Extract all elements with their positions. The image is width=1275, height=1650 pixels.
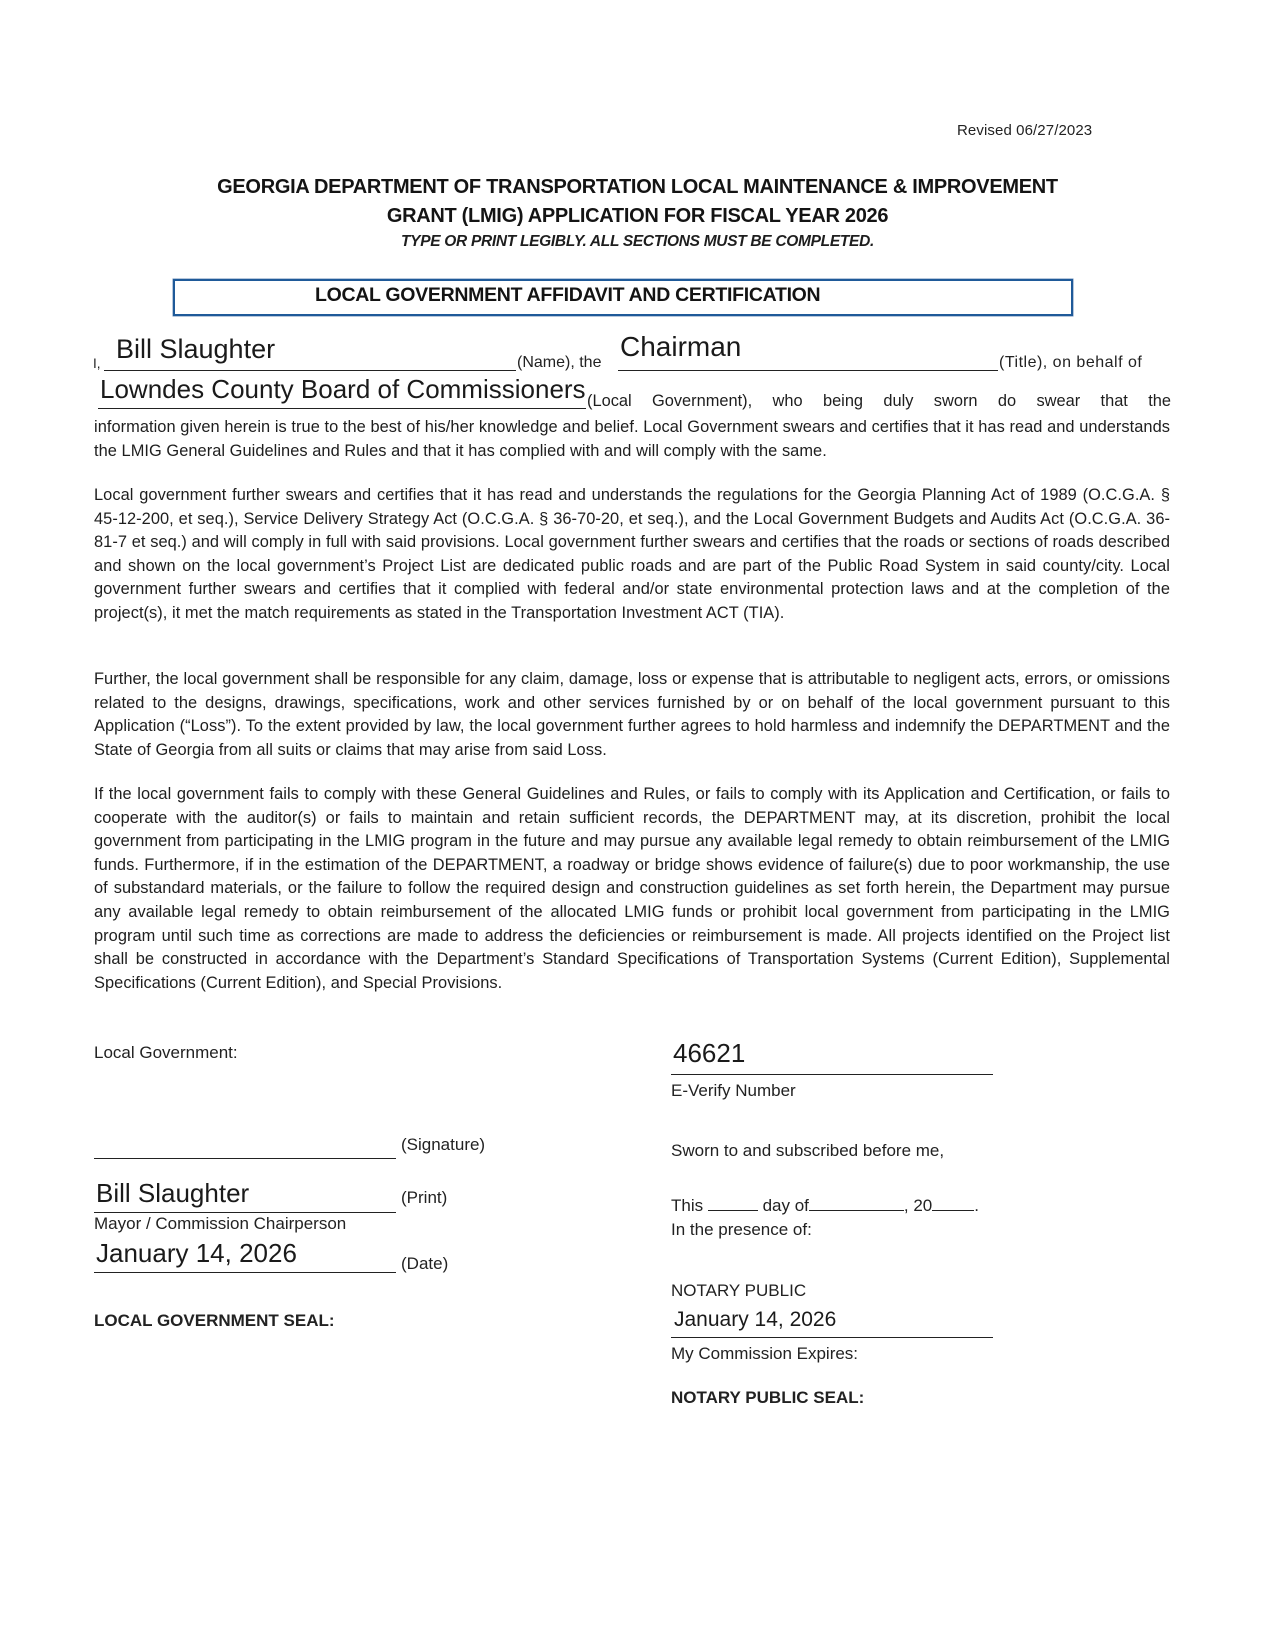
notary-public-seal-label: NOTARY PUBLIC SEAL: (671, 1388, 864, 1408)
e-verify-label: E-Verify Number (671, 1081, 796, 1101)
year-prefix: , 20 (904, 1196, 932, 1215)
notary-public-label: NOTARY PUBLIC (671, 1281, 806, 1301)
name-field[interactable]: Bill Slaughter (104, 336, 516, 371)
section-title: LOCAL GOVERNMENT AFFIDAVIT AND CERTIFICA… (315, 284, 820, 307)
affidavit-prefix: I, (93, 356, 101, 371)
commission-expires-field-value: January 14, 2026 (674, 1308, 836, 1332)
paragraph-liability: Further, the local government shall be r… (94, 668, 1170, 762)
title-field-value: Chairman (620, 331, 741, 363)
notary-date-line: This day of, 20. (671, 1194, 979, 1216)
day-field[interactable] (708, 1194, 758, 1211)
form-title-line-1: GEORGIA DEPARTMENT OF TRANSPORTATION LOC… (0, 176, 1275, 199)
print-label: (Print) (401, 1188, 447, 1208)
presence-label: In the presence of: (671, 1220, 812, 1240)
month-field[interactable] (809, 1194, 904, 1211)
commission-expires-field[interactable]: January 14, 2026 (671, 1305, 993, 1338)
name-field-label: (Name), the (517, 354, 601, 372)
local-government-heading: Local Government: (94, 1043, 238, 1063)
e-verify-field[interactable]: 46621 (671, 1036, 993, 1075)
form-title-line-2: GRANT (LMIG) APPLICATION FOR FISCAL YEAR… (0, 205, 1275, 228)
form-instructions: TYPE OR PRINT LEGIBLY. ALL SECTIONS MUST… (0, 233, 1275, 251)
local-government-field-value: Lowndes County Board of Commissioners (100, 374, 586, 405)
this-label: This (671, 1196, 703, 1215)
name-field-value: Bill Slaughter (116, 334, 275, 365)
paragraph-compliance: Local government further swears and cert… (94, 484, 1170, 626)
sworn-statement: Sworn to and subscribed before me, (671, 1141, 944, 1161)
print-name-field[interactable]: Bill Slaughter (94, 1180, 396, 1213)
local-government-label: (Local Government), who being duly sworn… (587, 392, 1171, 411)
title-field[interactable]: Chairman (618, 336, 998, 371)
affidavit-continuation: information given herein is true to the … (94, 416, 1170, 463)
role-label: Mayor / Commission Chairperson (94, 1214, 346, 1234)
e-verify-field-value: 46621 (673, 1038, 745, 1069)
title-field-label: (Title), on behalf of (999, 354, 1171, 372)
signature-label: (Signature) (401, 1135, 485, 1155)
date-field[interactable]: January 14, 2026 (94, 1238, 396, 1273)
local-government-field[interactable]: Lowndes County Board of Commissioners (98, 374, 586, 409)
local-government-seal-label: LOCAL GOVERNMENT SEAL: (94, 1311, 335, 1331)
revision-date: Revised 06/27/2023 (957, 122, 1092, 139)
date-label: (Date) (401, 1254, 448, 1274)
day-of-label: day of (763, 1196, 809, 1215)
signature-field[interactable] (94, 1130, 396, 1159)
commission-expires-label: My Commission Expires: (671, 1344, 858, 1364)
date-field-value: January 14, 2026 (96, 1238, 297, 1269)
print-name-field-value: Bill Slaughter (96, 1178, 249, 1209)
year-field[interactable] (932, 1194, 974, 1211)
paragraph-noncompliance: If the local government fails to comply … (94, 783, 1170, 995)
